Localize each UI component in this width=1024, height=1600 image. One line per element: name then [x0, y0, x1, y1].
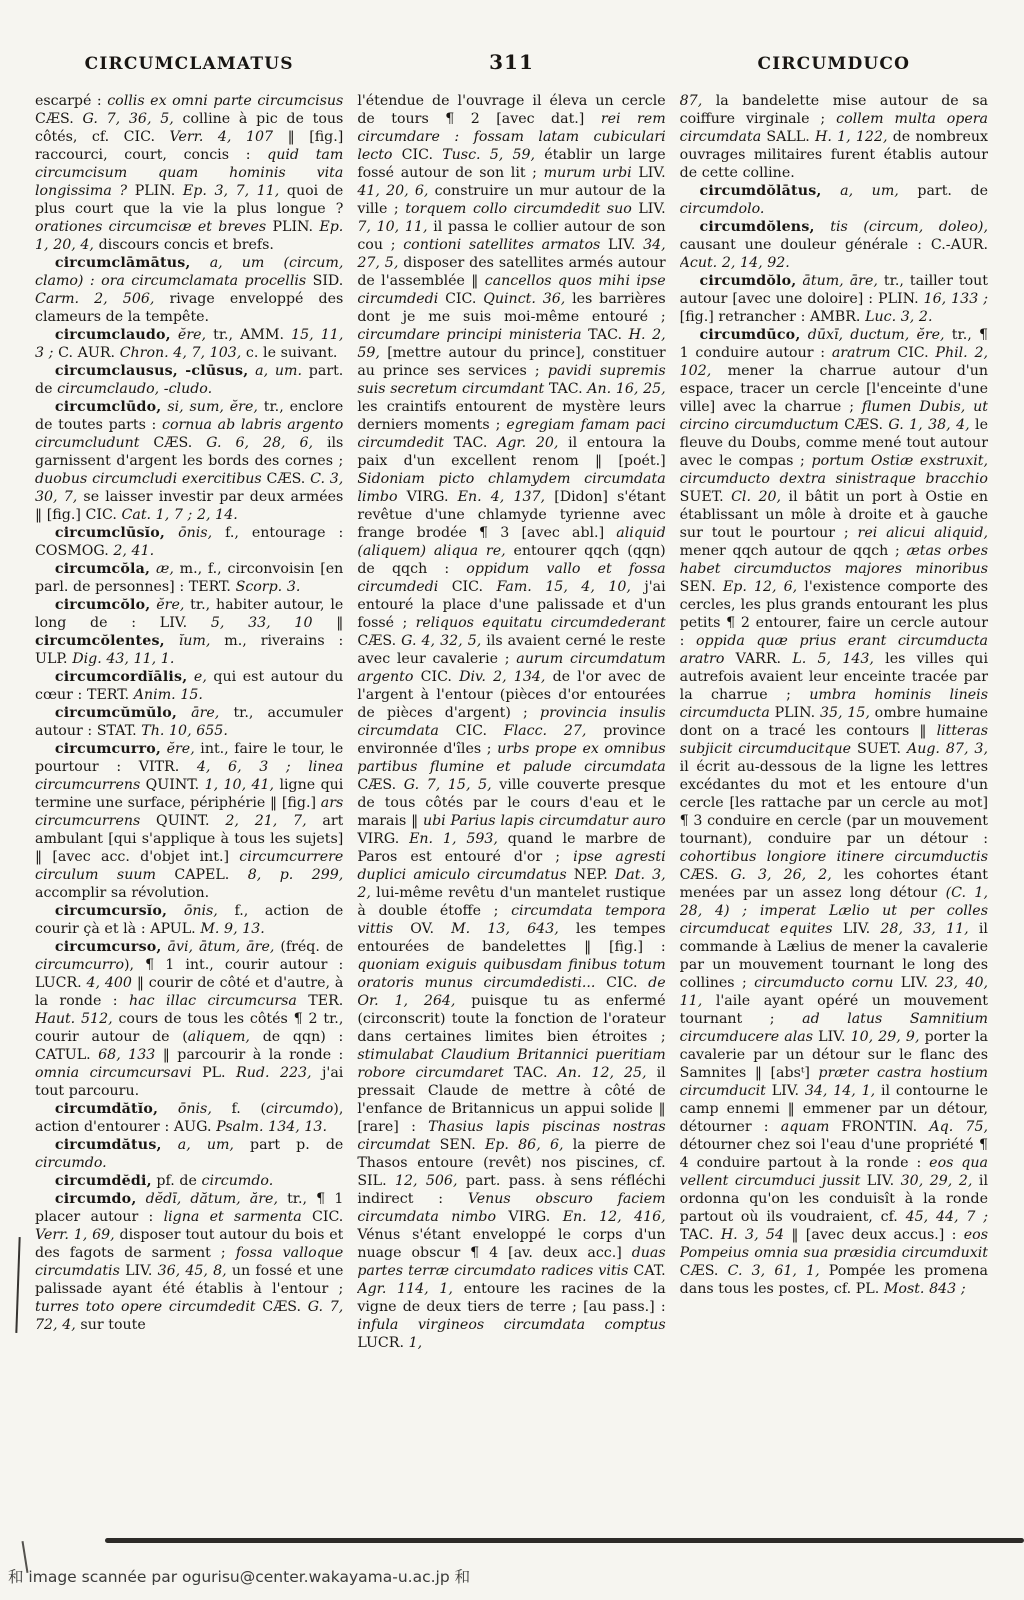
dictionary-entry: circumdătus, a, um, part p. de circumdo. [35, 1136, 343, 1172]
dictionary-entry: circumdūco, dūxī, ductum, ĕre, tr., ¶ 1 … [680, 326, 988, 1298]
dictionary-entry: circumdŏlo, ātum, āre, tr., tailler tout… [680, 272, 988, 326]
dictionary-entry: circumclūsĭo, ōnis, f., entourage : COSM… [35, 524, 343, 560]
dictionary-entry: circumcŏlo, ĕre, tr., habiter autour, le… [35, 596, 343, 668]
page-number: 311 [489, 50, 534, 74]
running-header: CIRCUMCLAMATUS 311 CIRCUMDUCO [35, 50, 988, 74]
dictionary-entry: circumclausus, -clūsus, a, um. part. de … [35, 362, 343, 398]
dictionary-entry: circumdŏlens, tis (circum, doleo), causa… [680, 218, 988, 272]
scan-credit-footer: 和 image scannée par ogurisu@center.wakay… [8, 1565, 470, 1587]
dictionary-entry: circumclaudo, ĕre, tr., AMM. 15, 11, 3 ;… [35, 326, 343, 362]
dictionary-entry: circumcordĭālis, e, qui est autour du cœ… [35, 668, 343, 704]
dictionary-entry: circumdĕdi, pf. de circumdo. [35, 1172, 343, 1190]
dictionary-entry: circumcurro, ĕre, int., faire le tour, l… [35, 740, 343, 902]
dictionary-entry: circumdătĭo, ōnis, f. (circumdo), action… [35, 1100, 343, 1136]
column-2: l'étendue de l'ouvrage il éleva un cercl… [357, 92, 665, 1558]
dictionary-entry: circumdo, dĕdī, dătum, ăre, tr., ¶ 1 pla… [35, 1190, 343, 1334]
continuation-paragraph: escarpé : collis ex omni parte circumcis… [35, 92, 343, 254]
scan-artifact-line [15, 1237, 20, 1333]
continuation-paragraph: l'étendue de l'ouvrage il éleva un cercl… [357, 92, 665, 1352]
column-1: escarpé : collis ex omni parte circumcis… [35, 92, 343, 1558]
dictionary-entry: circumclāmātus, a, um (circum, clamo) : … [35, 254, 343, 326]
dictionary-page: CIRCUMCLAMATUS 311 CIRCUMDUCO escarpé : … [0, 0, 1024, 1600]
dictionary-entry: circumdŏlātus, a, um, part. de circumdol… [680, 182, 988, 218]
dictionary-entry: circumcŏla, æ, m., f., circonvoisin [en … [35, 560, 343, 596]
header-left-word: CIRCUMCLAMATUS [85, 54, 294, 74]
text-columns: escarpé : collis ex omni parte circumcis… [35, 92, 988, 1558]
dictionary-entry: circumcursĭo, ōnis, f., action de courir… [35, 902, 343, 938]
continuation-paragraph: 87, la bandelette mise autour de sa coif… [680, 92, 988, 182]
header-right-word: CIRCUMDUCO [757, 54, 910, 74]
column-3: 87, la bandelette mise autour de sa coif… [680, 92, 988, 1558]
scan-artifact-streak [105, 1538, 1024, 1543]
dictionary-entry: circumcurso, āvi, ātum, āre, (fréq. de c… [35, 938, 343, 1100]
dictionary-entry: circumclūdo, si, sum, ĕre, tr., enclore … [35, 398, 343, 524]
dictionary-entry: circumcŭmŭlo, āre, tr., accumuler autour… [35, 704, 343, 740]
